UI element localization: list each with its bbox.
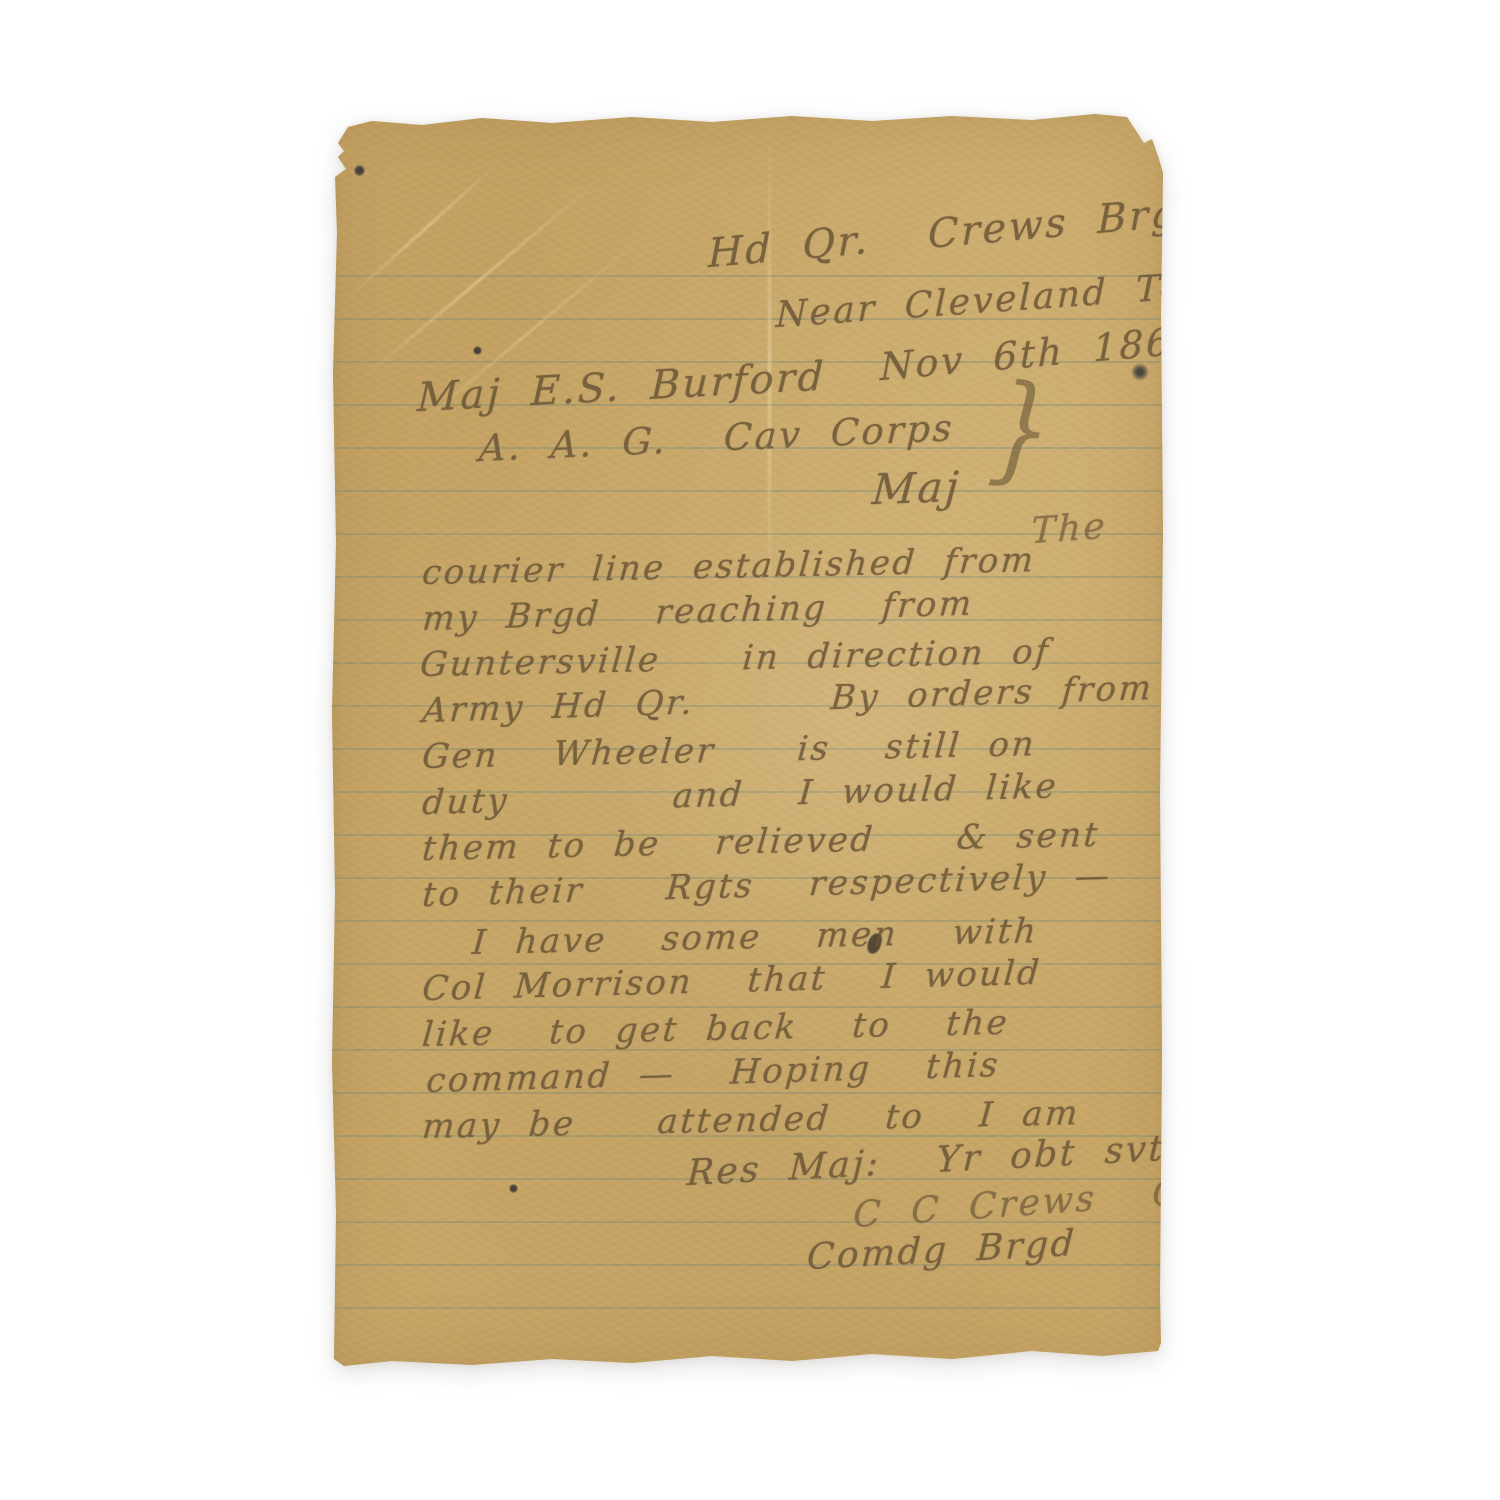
crease-line [357, 182, 596, 383]
address-line-title: A. A. G. Cav Corps [478, 406, 955, 470]
ink-spot [473, 346, 482, 355]
ink-spot [509, 1184, 518, 1193]
photo-backdrop: Hd Qr. Crews Brgd Near Cleveland Tenn No… [0, 0, 1500, 1500]
body-opening-word: The [1031, 506, 1108, 553]
body-line: my Brgd reaching from [421, 584, 975, 639]
salutation: Maj [871, 462, 963, 514]
body-line: command — Hoping this [425, 1045, 1002, 1101]
heading-line-location: Near Cleveland Tenn [775, 263, 1235, 336]
heading-line-place: Hd Qr. Crews Brgd [708, 187, 1207, 277]
flourish-brace: } [984, 356, 1058, 500]
letter-paper-wrap: Hd Qr. Crews Brgd Near Cleveland Tenn No… [332, 113, 1163, 1368]
signature-rank: Comdg Brgd [806, 1223, 1077, 1278]
address-line-recipient: Maj E.S. Burford [416, 354, 826, 422]
crease-line [345, 159, 502, 301]
ink-spot [354, 165, 365, 176]
letter-paper: Hd Qr. Crews Brgd Near Cleveland Tenn No… [332, 113, 1163, 1368]
